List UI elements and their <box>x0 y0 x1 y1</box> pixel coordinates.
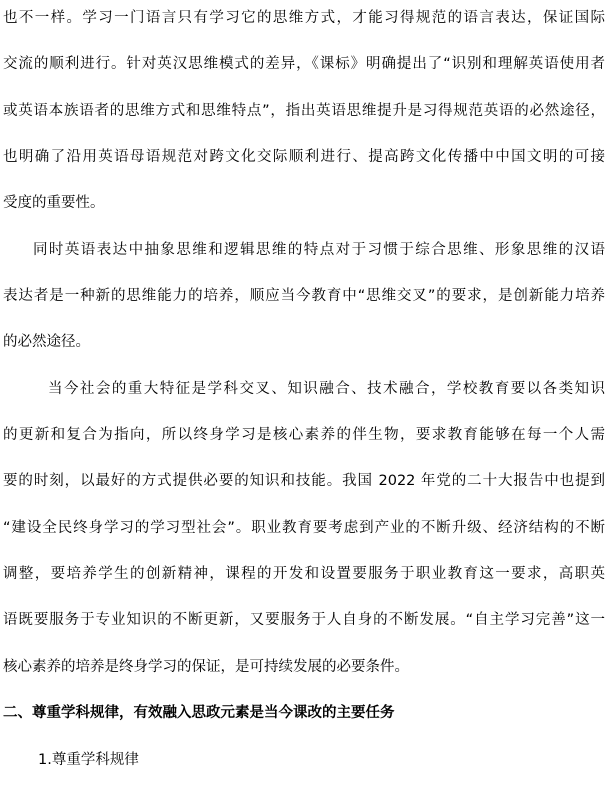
text-line: 当今社会的重大特征是学科交叉、知识融合、技术融合，学校教育要以各类知识 <box>3 366 605 412</box>
text-line: 的更新和复合为指向，所以终身学习是核心素养的伴生物，要求教育能够在每一个人需 <box>3 412 605 458</box>
text-line: 的必然途径。 <box>3 319 605 365</box>
text-line: 表达者是一种新的思维能力的培养，顺应当今教育中“思维交叉”的要求，是创新能力培养 <box>3 273 605 319</box>
document-page: 也不一样。学习一门语言只有学习它的思维方式，才能习得规范的语言表达，保证国际交流… <box>0 0 609 785</box>
text-line: 同时英语表达中抽象思维和逻辑思维的特点对于习惯于综合思维、形象思维的汉语 <box>3 227 605 273</box>
document-body: 也不一样。学习一门语言只有学习它的思维方式，才能习得规范的语言表达，保证国际交流… <box>0 0 609 783</box>
text-line: 也明确了沿用英语母语规范对跨文化交际顺利进行、提高跨文化传播中中国文明的可接 <box>3 134 605 180</box>
text-line: 调整，要培养学生的创新精神，课程的开发和设置要服务于职业教育这一要求，高职英 <box>3 551 605 597</box>
text-line: 受度的重要性。 <box>3 180 605 226</box>
text-line: 1.尊重学科规律 <box>3 737 605 783</box>
text-line: 核心素养的培养是终身学习的保证，是可持续发展的必要条件。 <box>3 644 605 690</box>
section-heading-line: 二、尊重学科规律，有效融入思政元素是当今课改的主要任务 <box>3 690 605 736</box>
text-line: “建设全民终身学习的学习型社会”。职业教育要考虑到产业的不断升级、经济结构的不断 <box>3 505 605 551</box>
text-line: 或英语本族语者的思维方式和思维特点”，指出英语思维提升是习得规范英语的必然途径， <box>3 88 605 134</box>
text-line: 也不一样。学习一门语言只有学习它的思维方式，才能习得规范的语言表达，保证国际 <box>3 0 605 41</box>
text-line: 语既要服务于专业知识的不断更新，又要服务于人自身的不断发展。“自主学习完善”这一 <box>3 597 605 643</box>
text-line: 要的时刻，以最好的方式提供必要的知识和技能。我国 2022 年党的二十大报告中也… <box>3 458 605 504</box>
text-line: 交流的顺利进行。针对英汉思维模式的差异，《课标》明确提出了“识别和理解英语使用者 <box>3 41 605 87</box>
